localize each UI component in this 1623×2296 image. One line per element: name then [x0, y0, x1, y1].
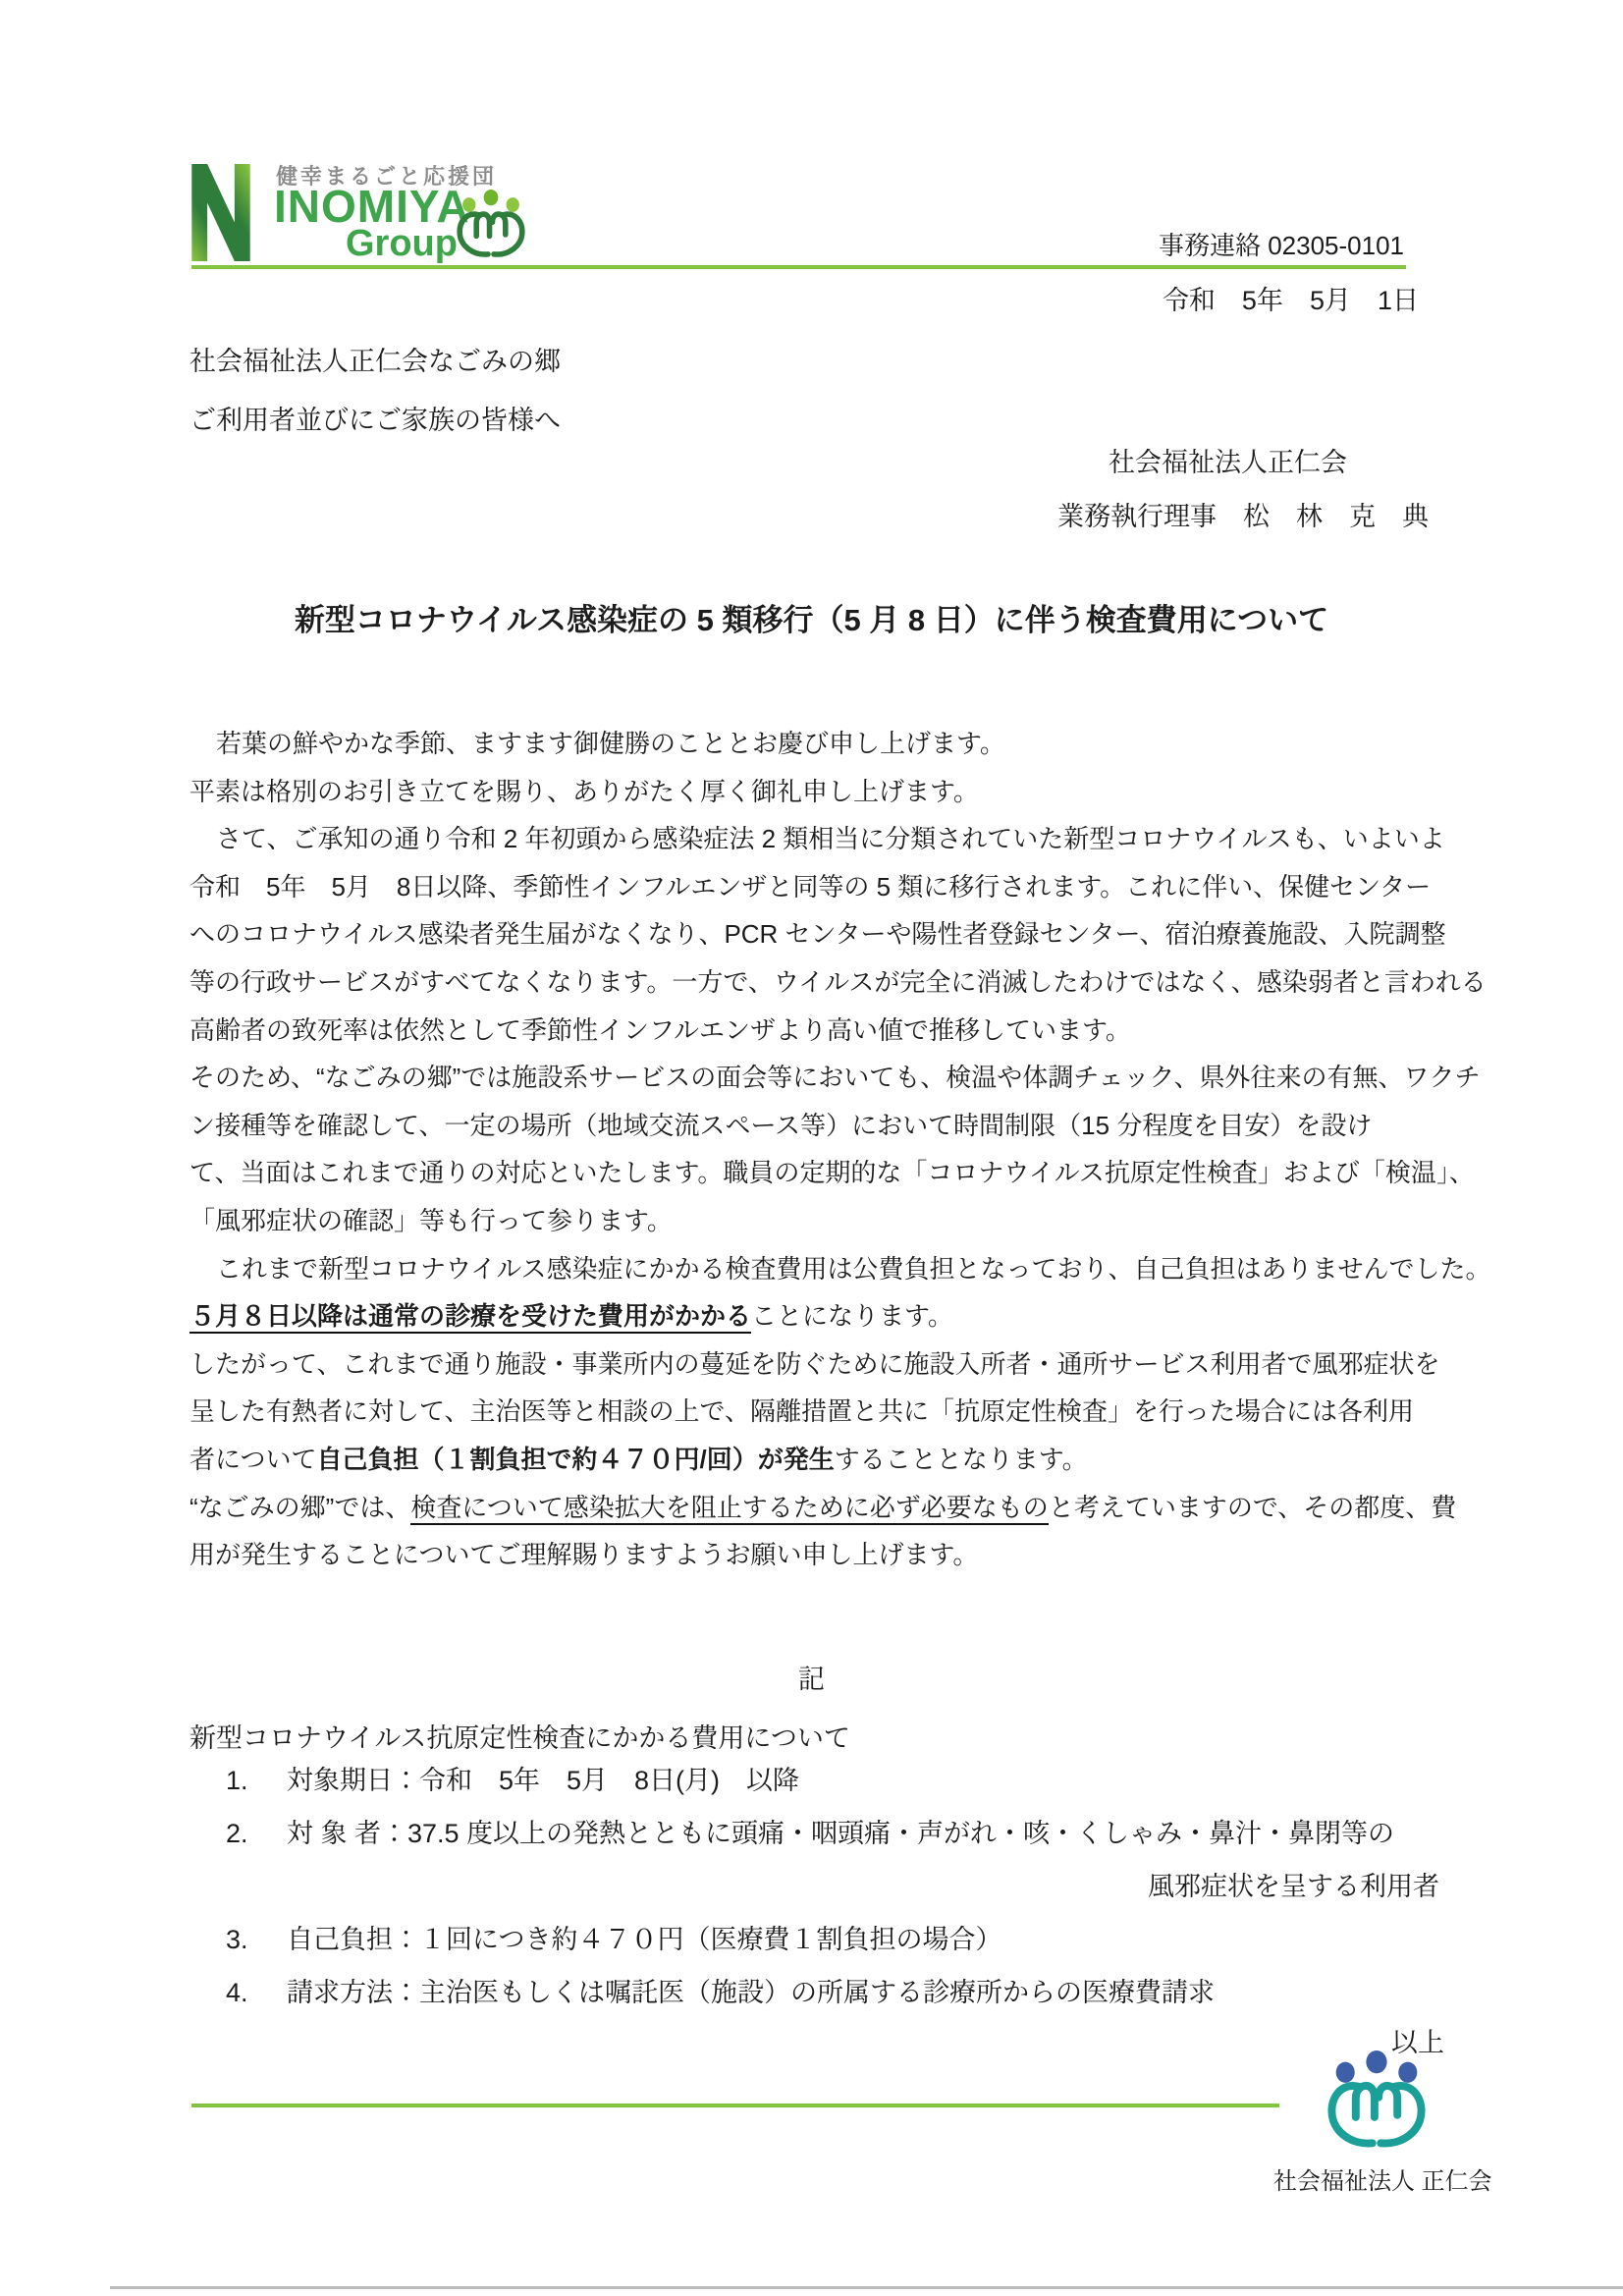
- addressee-line-2: ご利用者並びにご家族の皆様へ: [189, 391, 561, 450]
- body-line: さて、ご承知の通り令和 2 年初頭から感染症法 2 類相当に分類されていた新型コ…: [189, 815, 1513, 863]
- text-segment: 検査について感染拡大を阻止するために必ず必要なもの: [410, 1493, 1048, 1525]
- text-segment: ことになります。: [751, 1301, 953, 1331]
- text-segment: “なごみの郷”では、: [189, 1493, 410, 1522]
- people-circle-mark-icon: [451, 190, 531, 262]
- body-line: そのため、“なごみの郷”では施設系サービスの面会等においても、検温や体調チェック…: [189, 1054, 1513, 1102]
- notice-subject: 新型コロナウイルス抗原定性検査にかかる費用について: [189, 1717, 850, 1755]
- body-line: これまで新型コロナウイルス感染症にかかる検査費用は公費負担となっており、自己負担…: [189, 1245, 1513, 1293]
- notice-item: 4.請求方法：主治医もしくは嘱託医（施設）の所属する診療所からの医療費請求: [226, 1978, 1513, 2008]
- body-line: て、当面はこれまで通りの対応といたします。職員の定期的な「コロナウイルス抗原定性…: [189, 1149, 1513, 1197]
- footer-divider: [191, 2104, 1279, 2107]
- notice-item-number: 2.: [226, 1819, 287, 1849]
- text-segment: 高齢者の致死率は依然として季節性インフルエンザより高い値で推移しています。: [189, 1015, 1131, 1045]
- sender-block: 社会福祉法人正仁会 業務執行理事 松 林 克 典: [1057, 436, 1429, 544]
- footer-org-name: 社会福祉法人 正仁会: [1273, 2161, 1480, 2196]
- addressee-block: 社会福祉法人正仁会なごみの郷 ご利用者並びにご家族の皆様へ: [189, 332, 561, 450]
- text-segment: 平素は格別のお引き立てを賜り、ありがたく厚く御礼申し上げます。: [189, 777, 979, 806]
- body-line: 令和 5年 5月 8日以降、季節性インフルエンザと同等の 5 類に移行されます。…: [189, 863, 1513, 911]
- text-segment: と考えていますので、その都度、費: [1049, 1493, 1456, 1522]
- addressee-line-1: 社会福祉法人正仁会なごみの郷: [189, 332, 561, 391]
- doc-date: 令和 5年 5月 1日: [1163, 279, 1419, 317]
- body-line: 平素は格別のお引き立てを賜り、ありがたく厚く御礼申し上げます。: [189, 768, 1513, 816]
- body-line: 等の行政サービスがすべてなくなります。一方で、ウイルスが完全に消滅したわけではな…: [189, 958, 1513, 1007]
- scan-edge-artifact: [110, 2286, 1623, 2289]
- text-segment: したがって、これまで通り施設・事業所内の蔓延を防ぐために施設入所者・通所サービス…: [189, 1349, 1439, 1379]
- text-segment: 等の行政サービスがすべてなくなります。一方で、ウイルスが完全に消滅したわけではな…: [189, 967, 1487, 997]
- logo-n-letter-icon: [191, 164, 250, 261]
- notice-list: 1.対象期日：令和 5年 5月 8日(月) 以降2.対 象 者：37.5 度以上…: [226, 1766, 1513, 2031]
- body-line: 用が発生することについてご理解賜りますようお願い申し上げます。: [189, 1531, 1513, 1579]
- footer-logo: 社会福祉法人 正仁会: [1273, 2050, 1480, 2196]
- notice-item-number: 1.: [226, 1766, 287, 1796]
- text-segment: 用が発生することについてご理解賜りますようお願い申し上げます。: [189, 1540, 978, 1569]
- body-line: 「風邪症状の確認」等も行って参ります。: [189, 1197, 1513, 1245]
- header-divider: [191, 265, 1406, 269]
- notice-item-text: 対 象 者：37.5 度以上の発熱とともに頭痛・咽頭痛・声がれ・咳・くしゃみ・鼻…: [287, 1819, 1394, 1848]
- body-line: ５月８日以降は通常の診療を受けた費用がかかることになります。: [189, 1292, 1513, 1340]
- letter-page: 健幸まるごと応援団 INOMIYA Group 事務連絡 02305-0101 …: [0, 0, 1623, 2296]
- body-line: 呈した有熱者に対して、主治医等と相談の上で、隔離措置と共に「抗原定性検査」を行っ…: [189, 1388, 1513, 1436]
- text-segment: へのコロナウイルス感染者発生届がなくなり、PCR センターや陽性者登録センター、…: [189, 919, 1445, 949]
- text-segment: そのため、“なごみの郷”では施設系サービスの面会等においても、検温や体調チェック…: [189, 1063, 1480, 1092]
- text-segment: することとなります。: [835, 1445, 1088, 1474]
- text-segment: 自己負担（１割負担で約４７０円/回）が発生: [316, 1445, 834, 1474]
- body-line: へのコロナウイルス感染者発生届がなくなり、PCR センターや陽性者登録センター、…: [189, 910, 1513, 958]
- text-segment: 若葉の鮮やかな季節、ますます御健勝のこととお慶び申し上げます。: [216, 729, 1005, 758]
- notice-label: 記: [0, 1658, 1623, 1696]
- notice-item-continuation: 風邪症状を呈する利用者: [226, 1872, 1513, 1902]
- logo-brand-sub-text: Group: [346, 225, 458, 262]
- ninomiya-group-logo: 健幸まるごと応援団 INOMIYA Group: [191, 160, 545, 268]
- people-circle-mark-icon: [1322, 2050, 1432, 2155]
- text-segment: ５月８日以降は通常の診療を受けた費用がかかる: [189, 1301, 751, 1334]
- text-segment: ン接種等を確認して、一定の場所（地域交流スペース等）において時間制限（15 分程…: [189, 1111, 1372, 1140]
- notice-item-text: 対象期日：令和 5年 5月 8日(月) 以降: [287, 1766, 799, 1795]
- body-line: ン接種等を確認して、一定の場所（地域交流スペース等）において時間制限（15 分程…: [189, 1102, 1513, 1150]
- body-line: 者について自己負担（１割負担で約４７０円/回）が発生することとなります。: [189, 1436, 1513, 1484]
- body-text: 若葉の鮮やかな季節、ますます御健勝のこととお慶び申し上げます。平素は格別のお引き…: [189, 720, 1513, 1579]
- notice-item-number: 3.: [226, 1925, 287, 1955]
- notice-item-text: 自己負担：１回につき約４７０円（医療費１割負担の場合）: [287, 1925, 1001, 1954]
- text-segment: これまで新型コロナウイルス感染症にかかる検査費用は公費負担となっており、自己負担…: [216, 1254, 1490, 1284]
- body-line: 若葉の鮮やかな季節、ますます御健勝のこととお慶び申し上げます。: [189, 720, 1513, 768]
- body-line: 高齢者の致死率は依然として季節性インフルエンザより高い値で推移しています。: [189, 1007, 1513, 1055]
- document-title: 新型コロナウイルス感染症の 5 類移行（5 月 8 日）に伴う検査費用について: [0, 595, 1623, 639]
- sender-org: 社会福祉法人正仁会: [1057, 436, 1429, 490]
- sender-signer: 業務執行理事 松 林 克 典: [1057, 490, 1429, 544]
- notice-item: 2.対 象 者：37.5 度以上の発熱とともに頭痛・咽頭痛・声がれ・咳・くしゃみ…: [226, 1819, 1513, 1849]
- notice-item-number: 4.: [226, 1978, 287, 2008]
- notice-item-text: 請求方法：主治医もしくは嘱託医（施設）の所属する診療所からの医療費請求: [287, 1978, 1215, 2007]
- body-line: したがって、これまで通り施設・事業所内の蔓延を防ぐために施設入所者・通所サービス…: [189, 1340, 1513, 1389]
- text-segment: 者について: [189, 1445, 316, 1474]
- text-segment: て、当面はこれまで通りの対応といたします。職員の定期的な「コロナウイルス抗原定性…: [189, 1158, 1475, 1187]
- text-segment: 令和 5年 5月 8日以降、季節性インフルエンザと同等の 5 類に移行されます。…: [189, 872, 1431, 902]
- doc-number: 事務連絡 02305-0101: [1159, 226, 1404, 262]
- body-line: “なごみの郷”では、検査について感染拡大を阻止するために必ず必要なものと考えてい…: [189, 1484, 1513, 1532]
- notice-item: 3.自己負担：１回につき約４７０円（医療費１割負担の場合）: [226, 1925, 1513, 1955]
- text-segment: 「風邪症状の確認」等も行って参ります。: [189, 1206, 673, 1235]
- notice-item: 1.対象期日：令和 5年 5月 8日(月) 以降: [226, 1766, 1513, 1796]
- text-segment: さて、ご承知の通り令和 2 年初頭から感染症法 2 類相当に分類されていた新型コ…: [216, 824, 1445, 853]
- text-segment: 呈した有熱者に対して、主治医等と相談の上で、隔離措置と共に「抗原定性検査」を行っ…: [189, 1396, 1414, 1426]
